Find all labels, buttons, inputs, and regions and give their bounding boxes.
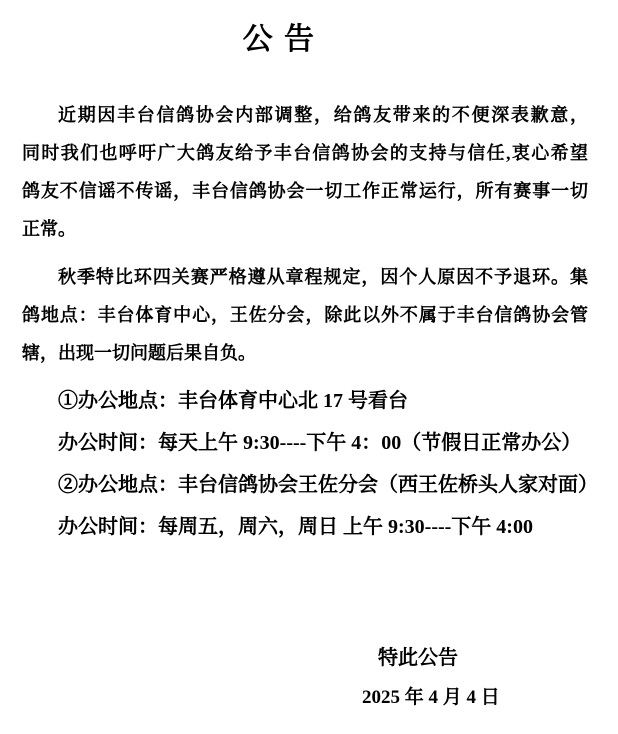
office-location-2: ②办公地点：丰台信鸽协会王佐分会（西王佐桥头人家对面） <box>22 464 588 506</box>
paragraph-line: 同时我们也呼吁广大鸽友给予丰台信鸽协会的支持与信任,衷心希望 <box>22 134 588 172</box>
notice-page: 公告 近期因丰台信鸽协会内部调整，给鸽友带来的不便深表歉意， 同时我们也呼吁广大… <box>0 0 618 734</box>
paragraph-line: 近期因丰台信鸽协会内部调整，给鸽友带来的不便深表歉意， <box>22 96 588 134</box>
notice-title: 公告 <box>22 20 588 60</box>
closing-block: 特此公告 2025 年 4 月 4 日 <box>22 638 588 718</box>
office-location-1: ①办公地点：丰台体育中心北 17 号看台 <box>22 380 588 422</box>
paragraph-line: 鸽地点：丰台体育中心，王佐分会，除此以外不属于丰台信鸽协会管 <box>22 296 588 334</box>
paragraph-line: 正常。 <box>22 210 588 248</box>
closing-phrase: 特此公告 <box>378 638 588 678</box>
paragraph-line: 秋季特比环四关赛严格遵从章程规定，因个人原因不予退环。集 <box>22 258 588 296</box>
paragraph-line: 辖，出现一切问题后果自负。 <box>22 334 588 372</box>
paragraph-race-rules: 秋季特比环四关赛严格遵从章程规定，因个人原因不予退环。集 鸽地点：丰台体育中心，… <box>22 258 588 372</box>
paragraph-line: 鸽友不信谣不传谣，丰台信鸽协会一切工作正常运行，所有赛事一切 <box>22 172 588 210</box>
notice-date: 2025 年 4 月 4 日 <box>362 678 588 718</box>
office-hours-2: 办公时间：每周五，周六，周日 上午 9:30----下午 4:00 <box>22 506 588 548</box>
office-hours-1: 办公时间：每天上午 9:30----下午 4：00（节假日正常办公） <box>22 422 588 464</box>
office-info-list: ①办公地点：丰台体育中心北 17 号看台 办公时间：每天上午 9:30----下… <box>22 380 588 548</box>
paragraph-apology: 近期因丰台信鸽协会内部调整，给鸽友带来的不便深表歉意， 同时我们也呼吁广大鸽友给… <box>22 96 588 248</box>
